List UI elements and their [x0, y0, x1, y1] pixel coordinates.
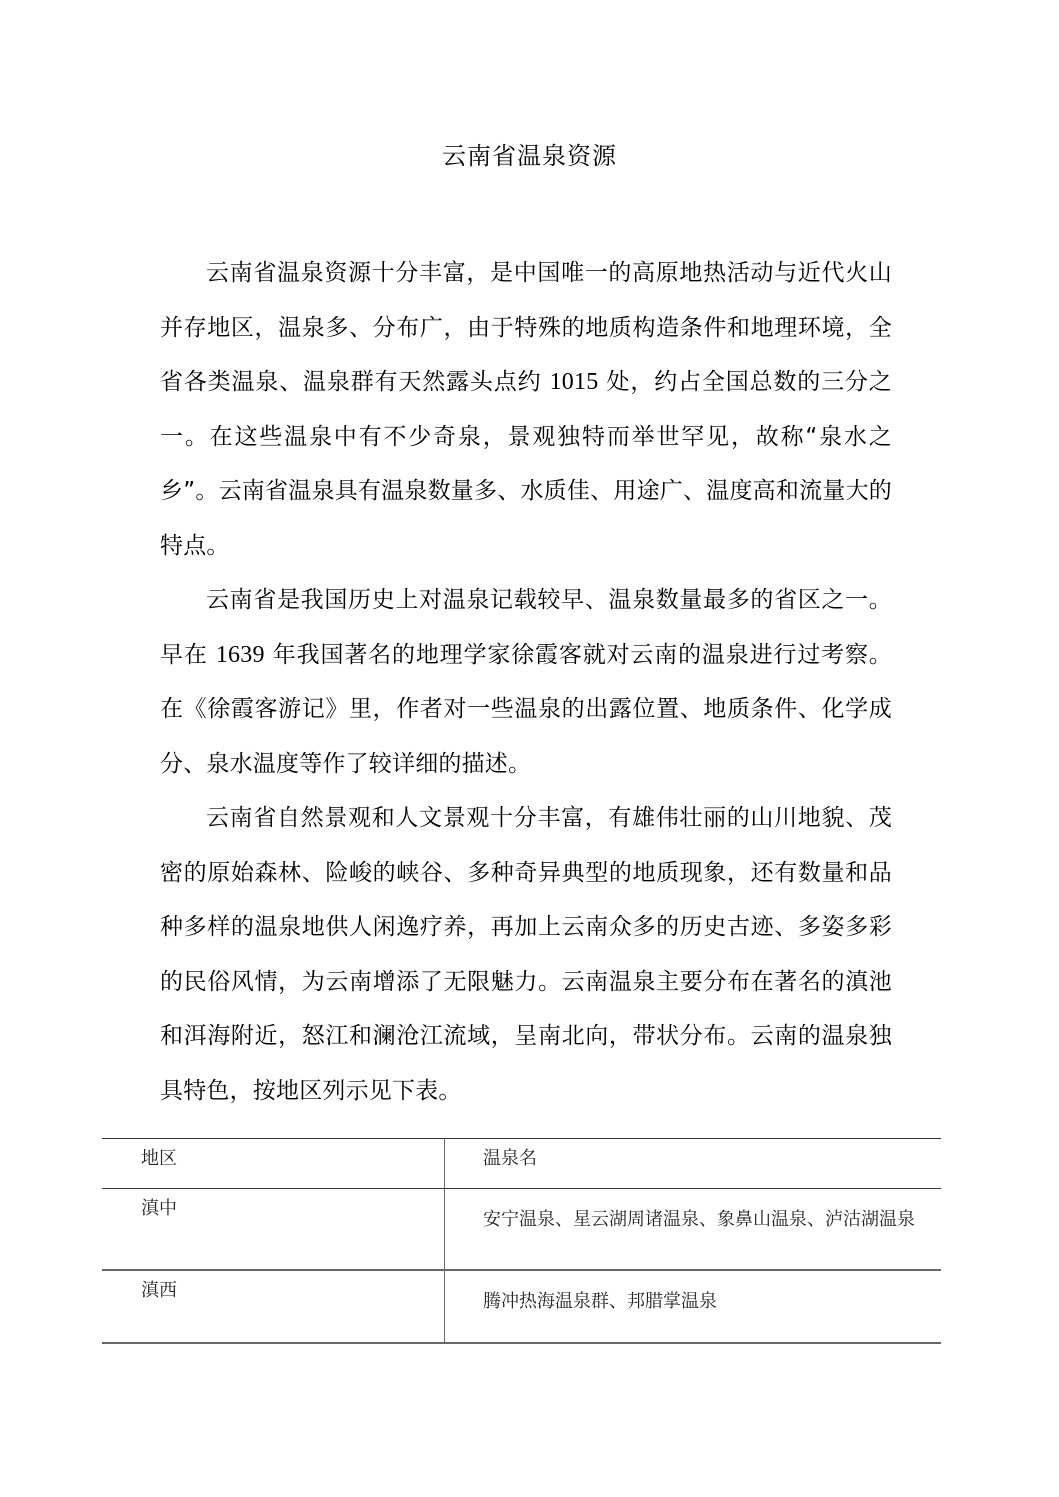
paragraph-text: 年我国著名的地理学家徐霞客就对云南的温泉进行过考察。在《徐霞客游记》里，作者对一… — [160, 642, 892, 777]
paragraph-3: 云南省自然景观和人文景观十分丰富，有雄伟壮丽的山川地貌、茂密的原始森林、险峻的峡… — [160, 791, 892, 1118]
table-row: 滇西 腾冲热海温泉群、邦腊掌温泉 — [102, 1270, 941, 1343]
cell-region: 滇西 — [102, 1270, 445, 1343]
spring-count-number: 1015 — [550, 369, 599, 395]
header-region: 地区 — [102, 1139, 445, 1189]
paragraph-text: 处，约占全国总数的三分之一。在这些温泉中有不少奇泉，景观独特而举世罕见，故称“泉… — [160, 369, 892, 559]
document-body: 云南省温泉资源十分丰富，是中国唯一的高原地热活动与近代火山并存地区，温泉多、分布… — [160, 246, 892, 1118]
paragraph-1: 云南省温泉资源十分丰富，是中国唯一的高原地热活动与近代火山并存地区，温泉多、分布… — [160, 246, 892, 573]
header-spring-name: 温泉名 — [445, 1139, 942, 1189]
document-title: 云南省温泉资源 — [0, 138, 1059, 174]
table-header-row: 地区 温泉名 — [102, 1139, 941, 1189]
paragraph-text: 云南省自然景观和人文景观十分丰富，有雄伟壮丽的山川地貌、茂密的原始森林、险峻的峡… — [160, 805, 892, 1104]
hot-spring-table: 地区 温泉名 滇中 安宁温泉、星云湖周诸温泉、象鼻山温泉、泸沽湖温泉 滇西 腾冲… — [102, 1138, 941, 1344]
cell-region: 滇中 — [102, 1189, 445, 1271]
paragraph-2: 云南省是我国历史上对温泉记载较早、温泉数量最多的省区之一。早在 1639 年我国… — [160, 573, 892, 791]
cell-spring-name: 腾冲热海温泉群、邦腊掌温泉 — [445, 1270, 942, 1343]
year-number: 1639 — [216, 642, 265, 668]
table-row: 滇中 安宁温泉、星云湖周诸温泉、象鼻山温泉、泸沽湖温泉 — [102, 1189, 941, 1271]
cell-spring-name: 安宁温泉、星云湖周诸温泉、象鼻山温泉、泸沽湖温泉 — [445, 1189, 942, 1271]
